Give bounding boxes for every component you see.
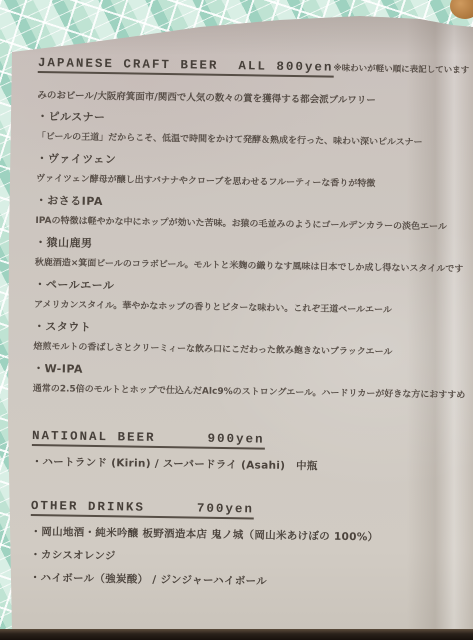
section-heading: OTHER DRINKS700yen <box>31 499 254 520</box>
item-name: ・おさるIPA <box>36 194 456 214</box>
section-title: JAPANESE CRAFT BEER <box>38 56 219 73</box>
section-heading-row: OTHER DRINKS700yen <box>31 499 451 523</box>
menu-content: JAPANESE CRAFT BEERALL 800yen ※味わいが軽い順に表… <box>30 56 458 592</box>
section-title: OTHER DRINKS <box>31 499 145 515</box>
menu-item: ・ハートランド (Kirin) / スーパードライ (Asahi) 中瓶 <box>32 456 452 476</box>
section-price: 700yen <box>197 502 254 517</box>
item-description: 「ビールの王道」だからこそ、低温で時間をかけて発酵＆熟成を行った、味わい深いピル… <box>37 131 457 150</box>
brewery-intro: みのおビール/大阪府箕面市/関西で人気の数々の賞を獲得する都会派ブルワリー <box>37 87 457 108</box>
menu-item: ・カシスオレンジ <box>30 549 450 569</box>
menu-item: ・ピルスナー 「ビールの王道」だからこそ、低温で時間をかけて発酵＆熟成を行った、… <box>37 110 457 150</box>
item-name: ・ヴァイツェン <box>36 152 456 172</box>
item-description: ヴァイツェン酵母が醸し出すバナナやクローブを思わせるフルーティーな香りが特徴 <box>36 173 456 192</box>
tasting-order-note: ※味わいが軽い順に表記しています <box>333 61 469 76</box>
section-title: NATIONAL BEER <box>32 429 156 445</box>
item-description: 通常の2.5倍のモルトとホップで仕込んだAlc9%のストロングエール。ハードリカ… <box>33 383 453 402</box>
item-name: ・猿山鹿男 <box>35 236 455 256</box>
item-name: ・ピルスナー <box>37 110 457 130</box>
menu-item: ・スタウト 焙煎モルトの香ばしさとクリーミィーな飲み口にこだわった飲み飽きないブ… <box>33 320 453 360</box>
item-description: アメリカンスタイル。華やかなホップの香りとビターな味わい。これぞ王道ペールエール <box>34 299 454 318</box>
section-heading-row: NATIONAL BEER900yen <box>32 429 452 453</box>
item-description: IPAの特徴は軽やかな中にホップが効いた苦味。お猿の毛並みのようにゴールデンカラ… <box>35 215 455 234</box>
section-price: 900yen <box>207 432 264 447</box>
menu-item: ・W-IPA 通常の2.5倍のモルトとホップで仕込んだAlc9%のストロングエー… <box>33 362 453 402</box>
section-other-drinks: OTHER DRINKS700yen ・岡山地酒・純米吟醸 板野酒造本店 鬼ノ城… <box>30 499 451 592</box>
item-name: ・W-IPA <box>33 362 453 382</box>
item-name: ・スタウト <box>34 320 454 340</box>
section-national-beer: NATIONAL BEER900yen ・ハートランド (Kirin) / スー… <box>32 429 453 476</box>
section-price: ALL 800yen <box>238 59 333 74</box>
section-heading: NATIONAL BEER900yen <box>32 429 265 450</box>
section-heading: JAPANESE CRAFT BEERALL 800yen <box>38 56 334 78</box>
table-edge <box>0 629 473 640</box>
section-japanese-craft-beer: JAPANESE CRAFT BEERALL 800yen ※味わいが軽い順に表… <box>33 56 458 402</box>
menu-item: ・ペールエール アメリカンスタイル。華やかなホップの香りとビターな味わい。これぞ… <box>34 278 454 318</box>
menu-item: ・猿山鹿男 秋鹿酒造×箕面ビールのコラボビール。モルトと米麹の織りなす風味は日本… <box>35 236 455 276</box>
menu-photo: JAPANESE CRAFT BEERALL 800yen ※味わいが軽い順に表… <box>0 0 473 640</box>
menu-item: ・おさるIPA IPAの特徴は軽やかな中にホップが効いた苦味。お猿の毛並みのよう… <box>35 194 455 234</box>
menu-item: ・ヴァイツェン ヴァイツェン酵母が醸し出すバナナやクローブを思わせるフルーティー… <box>36 152 456 192</box>
item-name: ・ペールエール <box>34 278 454 298</box>
item-description: 秋鹿酒造×箕面ビールのコラボビール。モルトと米麹の織りなす風味は日本でしか成し得… <box>35 257 455 276</box>
menu-item: ・岡山地酒・純米吟醸 板野酒造本店 鬼ノ城（岡山米あけぼの 100%） <box>30 526 450 546</box>
item-description: 焙煎モルトの香ばしさとクリーミィーな飲み口にこだわった飲み飽きないブラックエール <box>33 341 453 360</box>
